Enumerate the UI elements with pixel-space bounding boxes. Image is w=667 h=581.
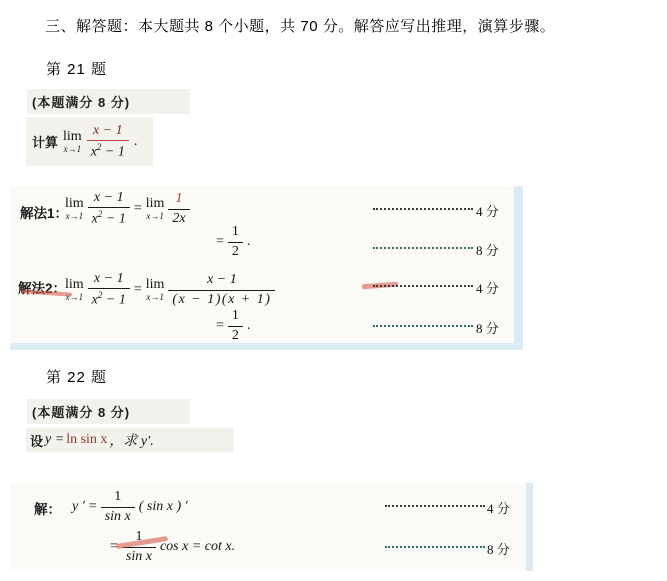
score-4-label: 4 分	[476, 278, 499, 297]
equals-sign: =	[134, 282, 142, 298]
scan-edge-right	[526, 483, 533, 571]
cos-cot-result: cos x = cot x.	[160, 539, 235, 555]
fraction-numerator: 1	[228, 224, 243, 242]
scan-edge-bottom	[10, 343, 523, 350]
period: .	[247, 234, 251, 250]
fraction-denominator: x2 − 1	[87, 141, 129, 161]
scan-edge-right	[514, 186, 523, 350]
fraction-numerator: x − 1	[87, 123, 129, 141]
fraction: x − 1 x2 − 1	[88, 190, 130, 228]
fraction-numerator: x − 1	[88, 190, 130, 208]
q22-problem-tail: ，求 y′.	[109, 430, 153, 450]
lim-word: lim	[63, 130, 82, 144]
lim-word: lim	[146, 278, 165, 292]
q21-problem-prefix: 计算	[32, 132, 58, 151]
solution1-equation-line1: lim x→1 x − 1 x2 − 1 = lim x→1 1 2x	[65, 188, 190, 230]
fraction-denominator: sin x	[101, 508, 135, 525]
fraction-numerator: x − 1	[88, 271, 130, 289]
solution-label: 解：	[34, 498, 61, 518]
fraction-numerator: 1	[168, 191, 189, 209]
fraction-denominator: x2 − 1	[88, 289, 130, 309]
equals-sign: =	[216, 234, 224, 250]
q22-problem-prefix: 设	[30, 431, 43, 450]
lim-subscript: x→1	[65, 293, 84, 302]
lim-subscript: x→1	[65, 212, 84, 221]
section-title: 三、解答题：本大题共 8 个小题，共 70 分。解答应写出推理，演算步骤。	[45, 15, 555, 36]
question-21-heading: 第 21 题	[46, 58, 107, 79]
fraction-numerator: 1	[101, 489, 135, 507]
score-4-label: 4 分	[487, 498, 510, 517]
q22-equation-line1: y ′ = 1 sin x ( sin x ) ′	[72, 487, 188, 527]
limit-operator: lim x→1	[65, 278, 84, 302]
sinx-derivative: ( sin x ) ′	[139, 499, 188, 515]
score-8-label: 8 分	[487, 539, 510, 558]
lim-subscript: x→1	[63, 145, 82, 154]
lim-word: lim	[65, 278, 84, 292]
equals-sign: =	[134, 201, 142, 217]
q21-problem-box: 计算 lim x→1 x − 1 x2 − 1 .	[26, 117, 153, 166]
solution2-equation-line2: = 1 2 .	[216, 310, 250, 342]
q22-score-note: (本题满分 8 分)	[32, 402, 130, 421]
den-tail: − 1	[102, 212, 125, 227]
period: .	[247, 318, 251, 334]
q22-problem-box: 设 y = ln sin x ，求 y′.	[26, 428, 234, 452]
den-tail: − 1	[102, 293, 125, 308]
den-tail: − 1	[101, 144, 124, 159]
solution1-label: 解法1：	[20, 202, 68, 222]
q21-score-note-box: (本题满分 8 分)	[27, 89, 190, 114]
question-22-heading: 第 22 题	[46, 366, 107, 387]
lim-subscript: x→1	[146, 293, 165, 302]
exam-page: 三、解答题：本大题共 8 个小题，共 70 分。解答应写出推理，演算步骤。 第 …	[0, 0, 667, 581]
solution1-equation-line2: = 1 2 .	[216, 226, 250, 258]
limit-operator: lim x→1	[146, 197, 165, 221]
dotted-leader	[373, 325, 473, 327]
lim-subscript: x→1	[146, 212, 165, 221]
q22-problem-y: y =	[45, 432, 64, 448]
lim-word: lim	[65, 197, 84, 211]
score-8-label: 8 分	[476, 318, 499, 337]
fraction: 1 sin x	[101, 489, 135, 524]
q22-solution-scan: 解： y ′ = 1 sin x ( sin x ) ′ 4 分 = 1 sin…	[10, 483, 533, 571]
fraction: 1 2	[228, 308, 243, 343]
q21-solution-scan: 解法1： lim x→1 x − 1 x2 − 1 = lim x→1 1 2x…	[10, 186, 523, 350]
q22-score-note-box: (本题满分 8 分)	[27, 399, 190, 424]
fraction-denominator: x2 − 1	[88, 208, 130, 228]
dotted-leader	[373, 208, 473, 210]
score-8-label: 8 分	[476, 240, 499, 259]
fraction-denominator: sin x	[122, 548, 156, 565]
limit-operator: lim x→1	[65, 197, 84, 221]
problem-fraction: x − 1 x2 − 1	[87, 123, 129, 161]
fraction-denominator: 2	[228, 243, 243, 260]
fraction: 1 2x	[168, 191, 189, 226]
fraction: 1 2	[228, 224, 243, 259]
limit-operator: lim x→1	[146, 278, 165, 302]
fraction-denominator: (x − 1)(x + 1)	[168, 291, 275, 308]
equals-sign: =	[89, 499, 97, 515]
fraction-numerator: 1	[228, 308, 243, 326]
dotted-leader	[385, 505, 485, 507]
fraction-denominator: 2x	[168, 210, 189, 227]
period: .	[134, 134, 138, 150]
score-4-label: 4 分	[476, 201, 499, 220]
dotted-leader	[373, 247, 473, 249]
dotted-leader	[385, 546, 485, 548]
q22-problem-function: ln sin x	[66, 432, 107, 448]
y-prime: y ′	[72, 499, 85, 515]
lim-word: lim	[146, 197, 165, 211]
fraction-numerator: x − 1	[168, 272, 275, 290]
limit-operator: lim x→1	[63, 130, 82, 154]
fraction-denominator: 2	[228, 327, 243, 344]
q21-score-note: (本题满分 8 分)	[32, 92, 130, 111]
equals-sign: =	[216, 318, 224, 334]
fraction: x − 1 x2 − 1	[88, 271, 130, 309]
fraction: x − 1 (x − 1)(x + 1)	[168, 272, 275, 307]
dotted-leader	[373, 285, 473, 287]
solution2-equation-line1: lim x→1 x − 1 x2 − 1 = lim x→1 x − 1 (x …	[65, 268, 275, 312]
